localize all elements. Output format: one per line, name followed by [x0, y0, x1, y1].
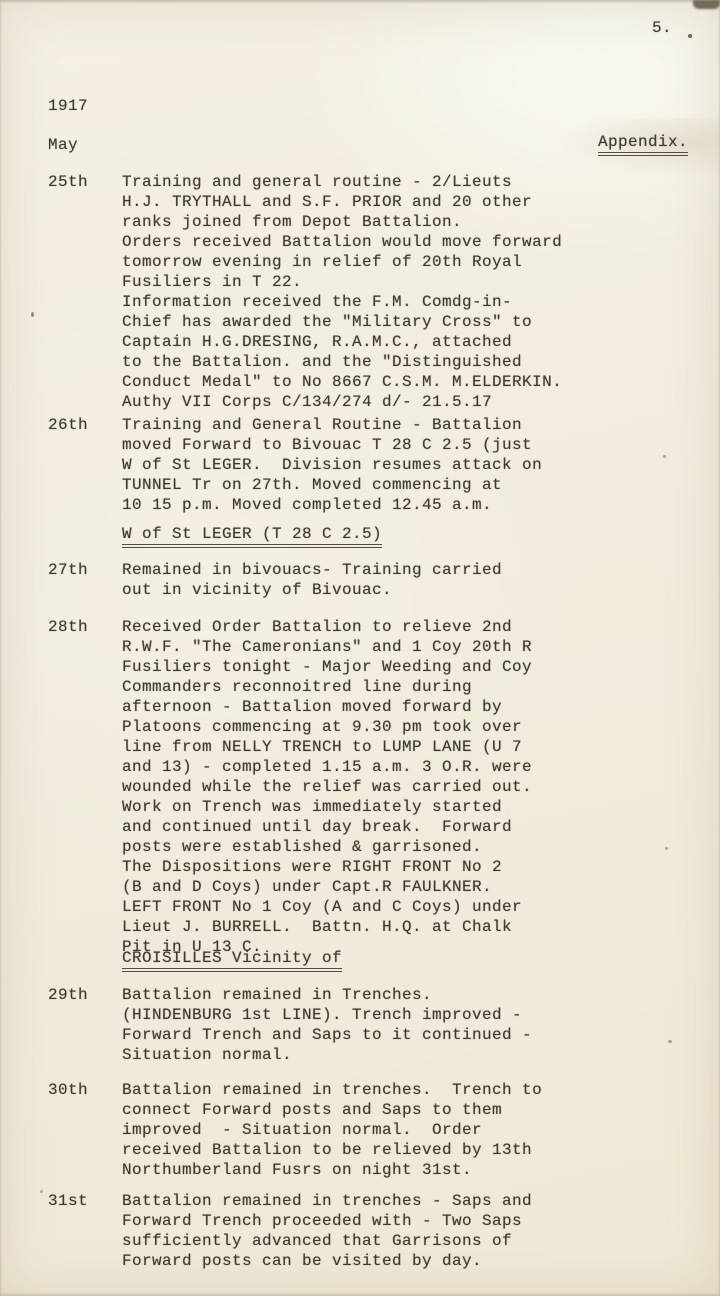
entry-text: Received Order Battalion to relieve 2nd …: [122, 617, 648, 957]
entry-text: Battalion remained in trenches. Trench t…: [122, 1080, 648, 1180]
entry-day: 25th: [48, 172, 88, 192]
entry-day: 26th: [48, 415, 88, 435]
diary-year: 1917: [48, 96, 88, 116]
diary-entry-30th: 30th Battalion remained in trenches. Tre…: [48, 1080, 648, 1180]
diary-entry-29th: 29th Battalion remained in Trenches. (HI…: [48, 985, 648, 1065]
entry-text: Battalion remained in trenches - Saps an…: [122, 1191, 648, 1271]
diary-entry-28th: 28th Received Order Battalion to relieve…: [48, 617, 648, 957]
paper-speck: [665, 847, 668, 850]
diary-entry-31st: 31st Battalion remained in trenches - Sa…: [48, 1191, 648, 1271]
diary-entry-26th: 26th Training and General Routine - Batt…: [48, 415, 648, 515]
diary-month: May: [48, 135, 78, 155]
scan-smudge: [693, 0, 720, 9]
section-heading-st-leger: W of St LEGER (T 28 C 2.5): [122, 524, 382, 548]
entry-text: Battalion remained in Trenches. (HINDENB…: [122, 985, 648, 1065]
entry-day: 31st: [48, 1191, 88, 1211]
paper-speck: [40, 1190, 43, 1193]
paper-speck: [668, 1040, 672, 1043]
entry-day: 30th: [48, 1080, 88, 1100]
section-heading-croisilles: CROISILLES Vicinity of: [122, 948, 342, 972]
entry-text: Remained in bivouacs- Training carried o…: [122, 560, 648, 600]
paper-speck: [663, 455, 666, 458]
paper-speck: [688, 34, 692, 38]
entry-text: Training and general routine - 2/Lieuts …: [122, 172, 648, 412]
entry-text: Training and General Routine - Battalion…: [122, 415, 648, 515]
entry-day: 27th: [48, 560, 88, 580]
entry-day: 28th: [48, 617, 88, 637]
appendix-label: Appendix.: [598, 132, 688, 156]
page-number: 5.: [652, 18, 672, 38]
entry-day: 29th: [48, 985, 88, 1005]
paper-speck: [31, 312, 34, 317]
document-page: 5. 1917 May Appendix. 25th Training and …: [0, 0, 720, 1296]
diary-entry-27th: 27th Remained in bivouacs- Training carr…: [48, 560, 648, 600]
diary-entry-25th: 25th Training and general routine - 2/Li…: [48, 172, 648, 412]
